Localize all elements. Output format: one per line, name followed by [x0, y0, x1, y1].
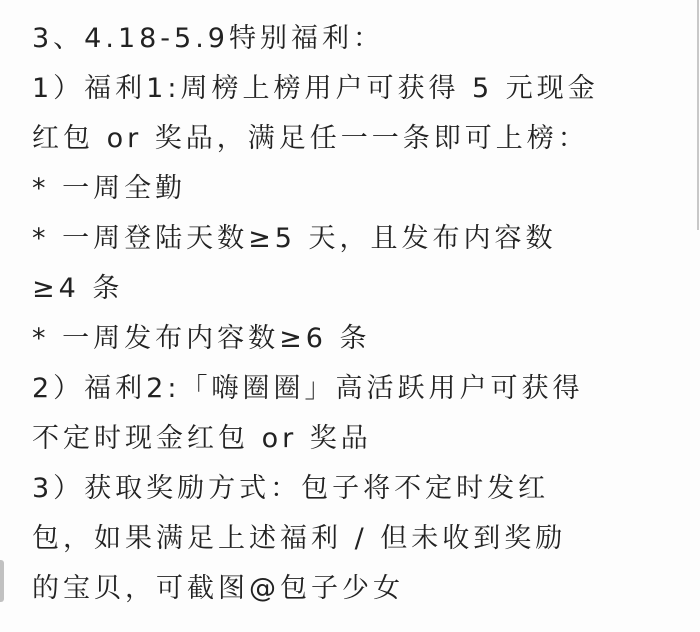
condition-item: * 一周发布内容数≥6 条	[32, 314, 672, 364]
benefit-2-text-cont: 不定时现金红包 or 奖品	[32, 414, 672, 464]
benefit-2-text: 2）福利2:「嗨圈圈」高活跃用户可获得	[32, 364, 672, 414]
reward-method-text-cont: 包，如果满足上述福利 / 但未收到奖励	[32, 514, 672, 564]
condition-item: * 一周全勤	[32, 164, 672, 214]
section-heading: 3、4.18-5.9特别福利：	[32, 14, 672, 64]
reward-method-text: 3）获取奖励方式：包子将不定时发红	[32, 464, 672, 514]
edge-shadow	[0, 560, 4, 602]
benefit-1-text-cont: 红包 or 奖品，满足任一一条即可上榜：	[32, 114, 672, 164]
scrollbar[interactable]	[697, 0, 699, 230]
condition-item: * 一周登陆天数≥5 天，且发布内容数	[32, 214, 672, 264]
reward-method-text-cont: 的宝贝，可截图@包子少女	[32, 564, 672, 614]
condition-item-cont: ≥4 条	[32, 264, 672, 314]
benefit-1-text: 1）福利1:周榜上榜用户可获得 5 元现金	[32, 64, 672, 114]
document-body: 3、4.18-5.9特别福利： 1）福利1:周榜上榜用户可获得 5 元现金 红包…	[32, 14, 672, 614]
